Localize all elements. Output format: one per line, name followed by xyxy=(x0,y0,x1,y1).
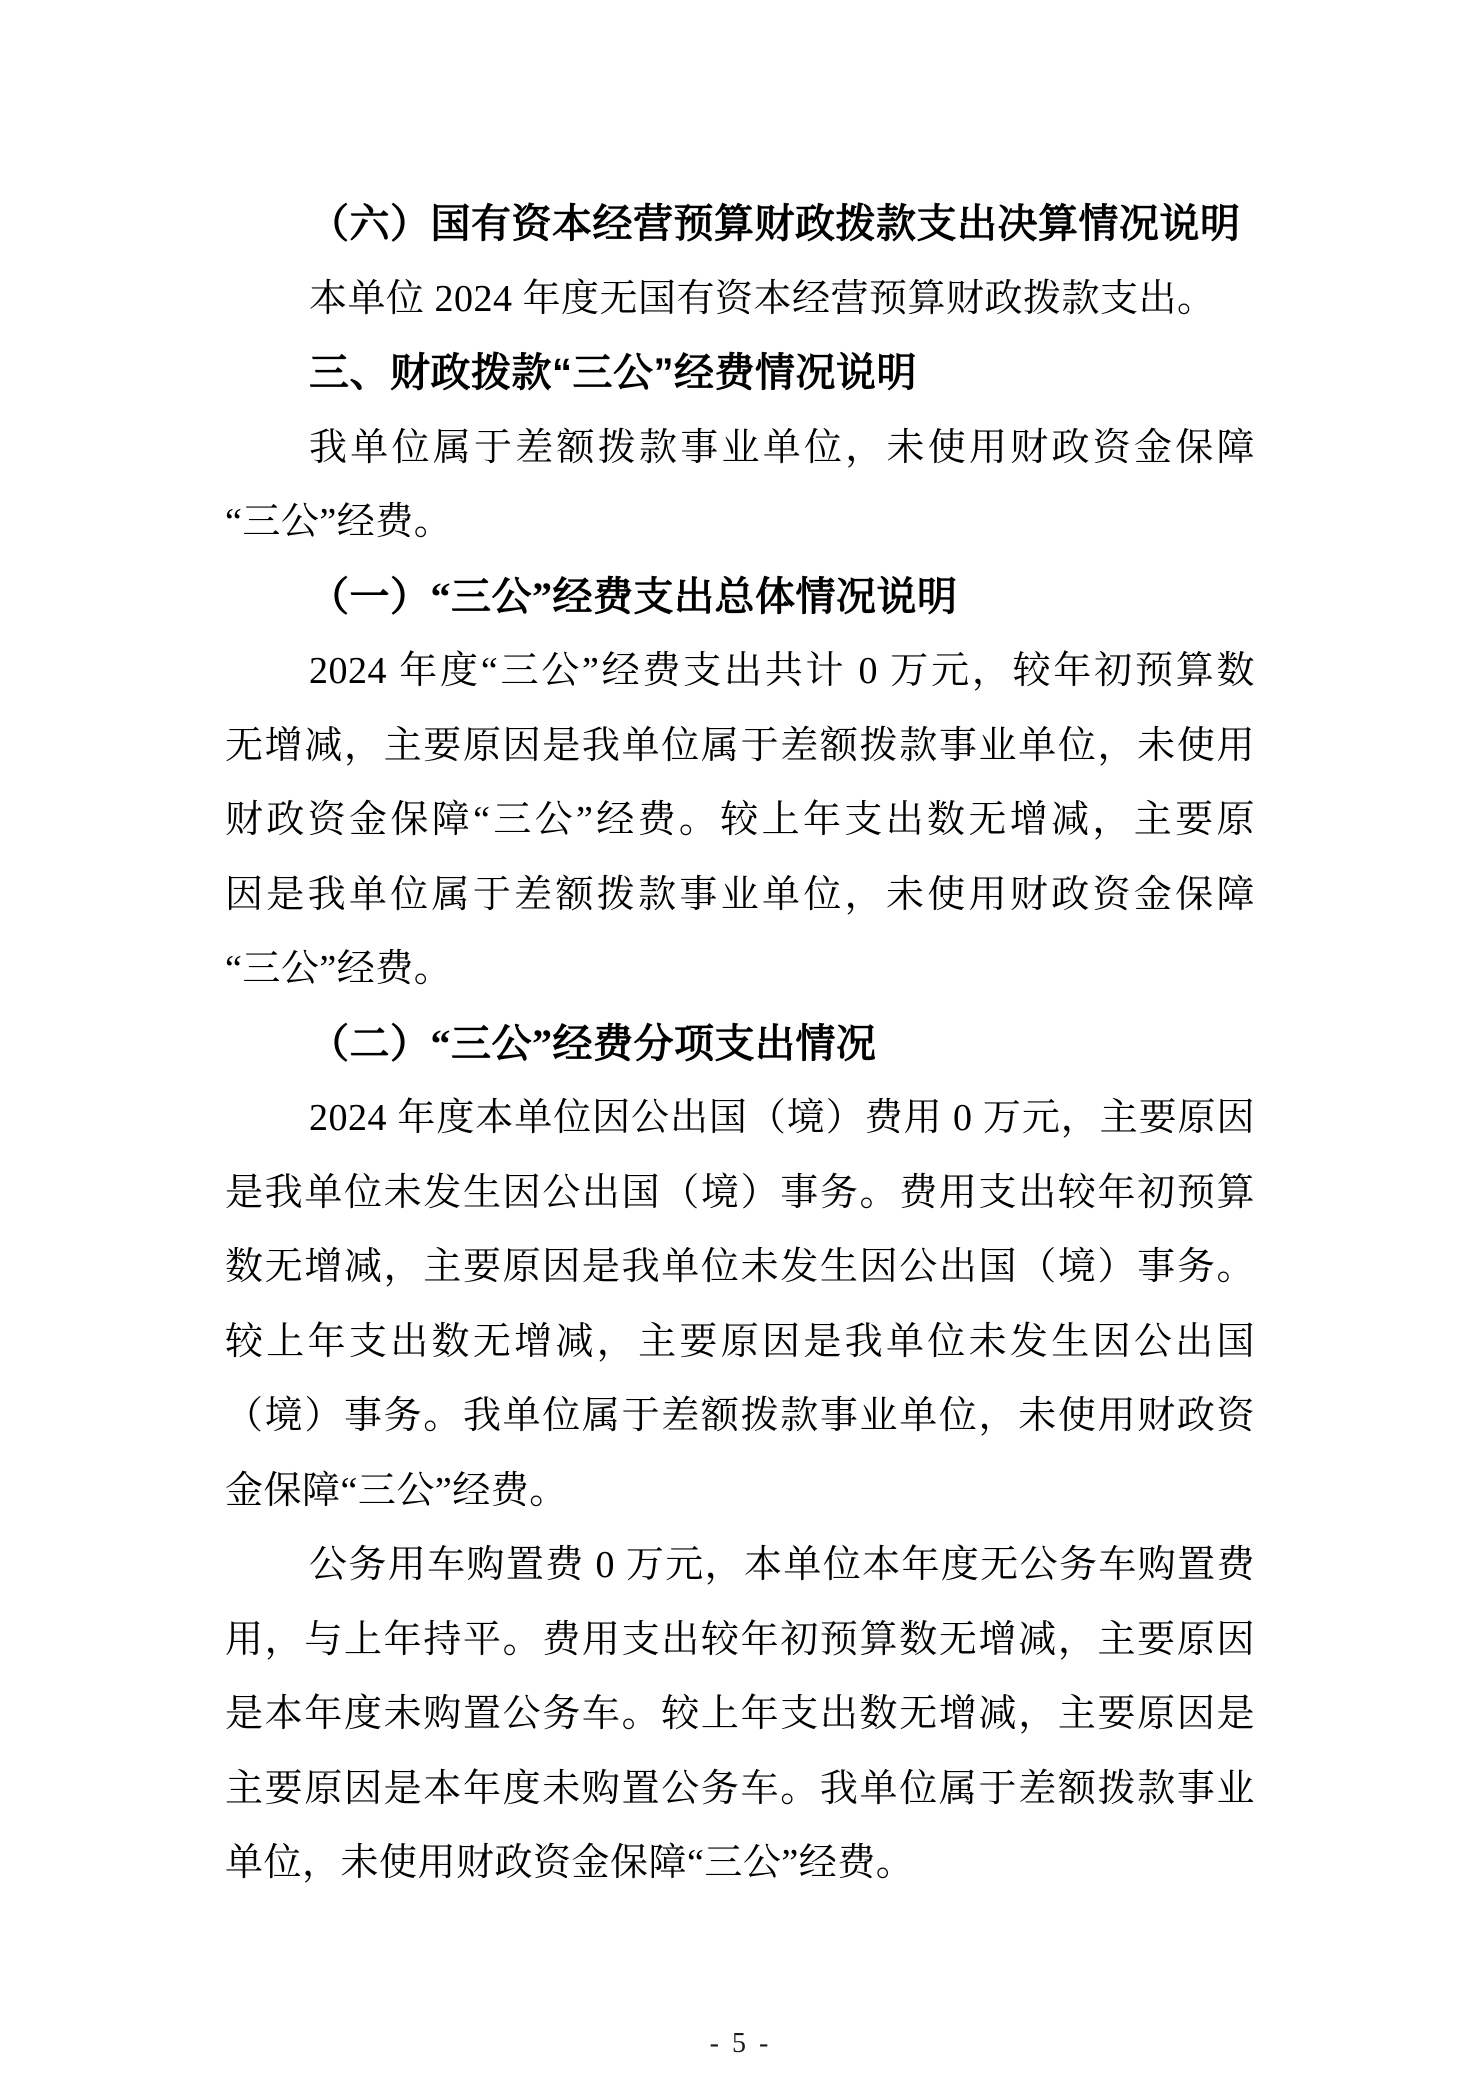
section-heading: （二）“三公”经费分项支出情况 xyxy=(225,1007,1255,1082)
body-text-line: 公务用车购置费 0 万元，本单位本年度无公务车购置费 xyxy=(225,1528,1255,1603)
body-text-line: 数无增减，主要原因是我单位未发生因公出国（境）事务。 xyxy=(225,1230,1255,1305)
body-text-line: 是本年度未购置公务车。较上年支出数无增减，主要原因是 xyxy=(225,1677,1255,1752)
body-text-line: 我单位属于差额拨款事业单位，未使用财政资金保障 xyxy=(225,411,1255,486)
body-text-line: （境）事务。我单位属于差额拨款事业单位，未使用财政资 xyxy=(225,1379,1255,1454)
body-text-line: 财政资金保障“三公”经费。较上年支出数无增减，主要原 xyxy=(225,783,1255,858)
body-text-line: 单位，未使用财政资金保障“三公”经费。 xyxy=(225,1826,1255,1901)
document-page: （六）国有资本经营预算财政拨款支出决算情况说明本单位 2024 年度无国有资本经… xyxy=(0,0,1481,2097)
body-text-line: 是我单位未发生因公出国（境）事务。费用支出较年初预算 xyxy=(225,1156,1255,1231)
section-heading: （一）“三公”经费支出总体情况说明 xyxy=(225,560,1255,635)
body-text-line: 因是我单位属于差额拨款事业单位，未使用财政资金保障 xyxy=(225,858,1255,933)
document-text-block: （六）国有资本经营预算财政拨款支出决算情况说明本单位 2024 年度无国有资本经… xyxy=(225,187,1255,1901)
body-text-line: 较上年支出数无增减，主要原因是我单位未发生因公出国 xyxy=(225,1305,1255,1380)
body-text-line: 2024 年度“三公”经费支出共计 0 万元，较年初预算数 xyxy=(225,634,1255,709)
body-text-line: 本单位 2024 年度无国有资本经营预算财政拨款支出。 xyxy=(225,262,1255,337)
body-text-line: 主要原因是本年度未购置公务车。我单位属于差额拨款事业 xyxy=(225,1752,1255,1827)
body-text-line: 2024 年度本单位因公出国（境）费用 0 万元，主要原因 xyxy=(225,1081,1255,1156)
body-text-line: “三公”经费。 xyxy=(225,932,1255,1007)
page-number: - 5 - xyxy=(0,2028,1481,2060)
body-text-line: 用，与上年持平。费用支出较年初预算数无增减，主要原因 xyxy=(225,1603,1255,1678)
section-heading: （六）国有资本经营预算财政拨款支出决算情况说明 xyxy=(225,187,1255,262)
body-text-line: 金保障“三公”经费。 xyxy=(225,1454,1255,1529)
body-text-line: “三公”经费。 xyxy=(225,485,1255,560)
body-text-line: 无增减，主要原因是我单位属于差额拨款事业单位，未使用 xyxy=(225,709,1255,784)
section-heading: 三、财政拨款“三公”经费情况说明 xyxy=(225,336,1255,411)
